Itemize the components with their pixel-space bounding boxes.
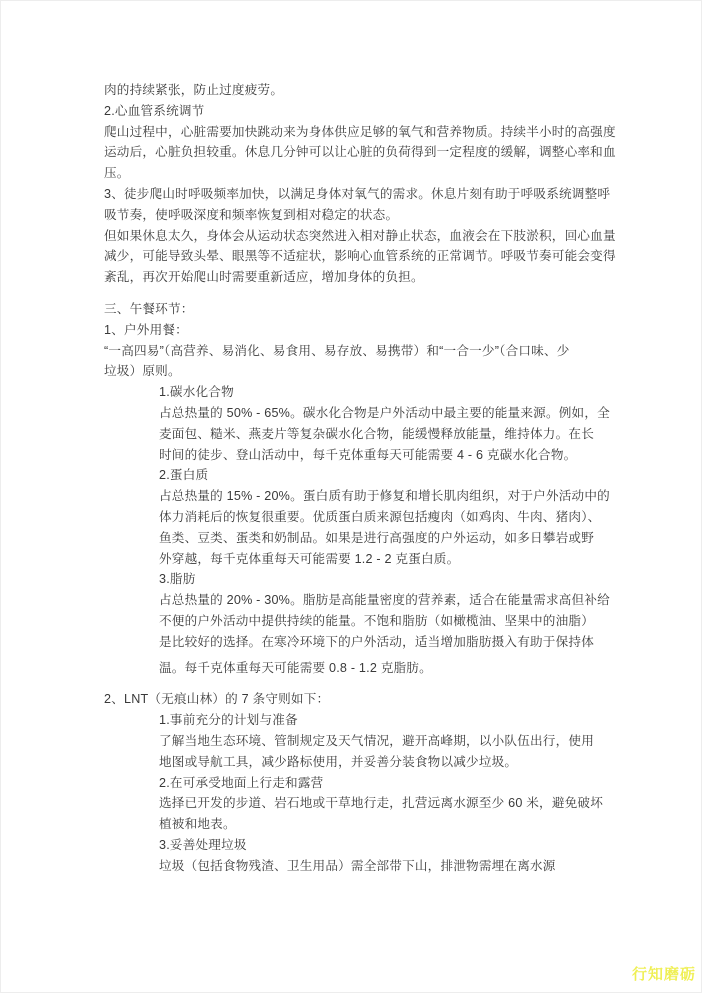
document-page: 肉的持续紧张，防止过度疲劳。2.心血管系统调节爬山过程中，心脏需要加快跳动来为身… bbox=[0, 0, 702, 993]
text-line: 垃圾）原则。 bbox=[104, 361, 634, 382]
text-line: 1.碳水化合物 bbox=[104, 382, 634, 403]
text-line: 外穿越，每千克体重每天可能需要 1.2 - 2 克蛋白质。 bbox=[104, 549, 634, 570]
text-line: 运动后，心脏负担较重。休息几分钟可以让心脏的负荷得到一定程度的缓解，调整心率和血 bbox=[104, 142, 634, 163]
text-line: 温。每千克体重每天可能需要 0.8 - 1.2 克脂肪。 bbox=[104, 658, 634, 679]
text-line: 垃圾（包括食物残渣、卫生用品）需全部带下山，排泄物需埋在离水源 bbox=[104, 856, 634, 877]
text-line: 紊乱，再次开始爬山时需要重新适应，增加身体的负担。 bbox=[104, 267, 634, 288]
text-line: 2.蛋白质 bbox=[104, 465, 634, 486]
text-line: 1、户外用餐： bbox=[104, 320, 634, 341]
text-line: 麦面包、糙米、燕麦片等复杂碳水化合物，能缓慢释放能量，维持体力。在长 bbox=[104, 424, 634, 445]
text-line: 了解当地生态环境、管制规定及天气情况，避开高峰期，以小队伍出行，使用 bbox=[104, 731, 634, 752]
brand-watermark: 行知磨砺 bbox=[632, 963, 696, 984]
text-line: 时间的徒步、登山活动中，每千克体重每天可能需要 4 - 6 克碳水化合物。 bbox=[104, 445, 634, 466]
text-line: 选择已开发的步道、岩石地或干草地行走，扎营远离水源至少 60 米，避免破坏 bbox=[104, 793, 634, 814]
text-line: 3.妥善处理垃圾 bbox=[104, 835, 634, 856]
text-line: 植被和地表。 bbox=[104, 814, 634, 835]
text-line: 体力消耗后的恢复很重要。优质蛋白质来源包括瘦肉（如鸡肉、牛肉、猪肉）、 bbox=[104, 507, 634, 528]
text-line: 1.事前充分的计划与准备 bbox=[104, 710, 634, 731]
text-line: 地图或导航工具，减少路标使用，并妥善分装食物以减少垃圾。 bbox=[104, 752, 634, 773]
text-line: 2.心血管系统调节 bbox=[104, 101, 634, 122]
text-line: 减少，可能导致头晕、眼黑等不适症状，影响心血管系统的正常调节。呼吸节奏可能会变得 bbox=[104, 246, 634, 267]
text-line: 是比较好的选择。在寒冷环境下的户外活动，适当增加脂肪摄入有助于保持体 bbox=[104, 632, 634, 653]
text-line: 占总热量的 50% - 65%。碳水化合物是户外活动中最主要的能量来源。例如，全 bbox=[104, 403, 634, 424]
text-line: 压。 bbox=[104, 163, 634, 184]
text-line: 占总热量的 15% - 20%。蛋白质有助于修复和增长肌肉组织，对于户外活动中的 bbox=[104, 486, 634, 507]
text-line: 3、徒步爬山时呼吸频率加快，以满足身体对氧气的需求。休息片刻有助于呼吸系统调整呼 bbox=[104, 184, 634, 205]
document-body-text: 肉的持续紧张，防止过度疲劳。2.心血管系统调节爬山过程中，心脏需要加快跳动来为身… bbox=[104, 80, 634, 876]
text-line: 鱼类、豆类、蛋类和奶制品。如果是进行高强度的户外运动，如多日攀岩或野 bbox=[104, 528, 634, 549]
text-line: 占总热量的 20% - 30%。脂肪是高能量密度的营养素，适合在能量需求高但补给 bbox=[104, 590, 634, 611]
text-line: 2.在可承受地面上行走和露营 bbox=[104, 773, 634, 794]
text-line: 三、午餐环节： bbox=[104, 299, 634, 320]
text-line: 肉的持续紧张，防止过度疲劳。 bbox=[104, 80, 634, 101]
text-line: 吸节奏，使呼吸深度和频率恢复到相对稳定的状态。 bbox=[104, 205, 634, 226]
text-line: 爬山过程中，心脏需要加快跳动来为身体供应足够的氧气和营养物质。持续半小时的高强度 bbox=[104, 122, 634, 143]
text-line: “一高四易”（高营养、易消化、易食用、易存放、易携带）和“一合一少”（合口味、少 bbox=[104, 341, 634, 362]
text-line: 3.脂肪 bbox=[104, 569, 634, 590]
text-line: 不便的户外活动中提供持续的能量。不饱和脂肪（如橄榄油、坚果中的油脂） bbox=[104, 611, 634, 632]
text-line: 但如果休息太久，身体会从运动状态突然进入相对静止状态，血液会在下肢淤积，回心血量 bbox=[104, 226, 634, 247]
text-line: 2、LNT（无痕山林）的 7 条守则如下： bbox=[104, 689, 634, 710]
